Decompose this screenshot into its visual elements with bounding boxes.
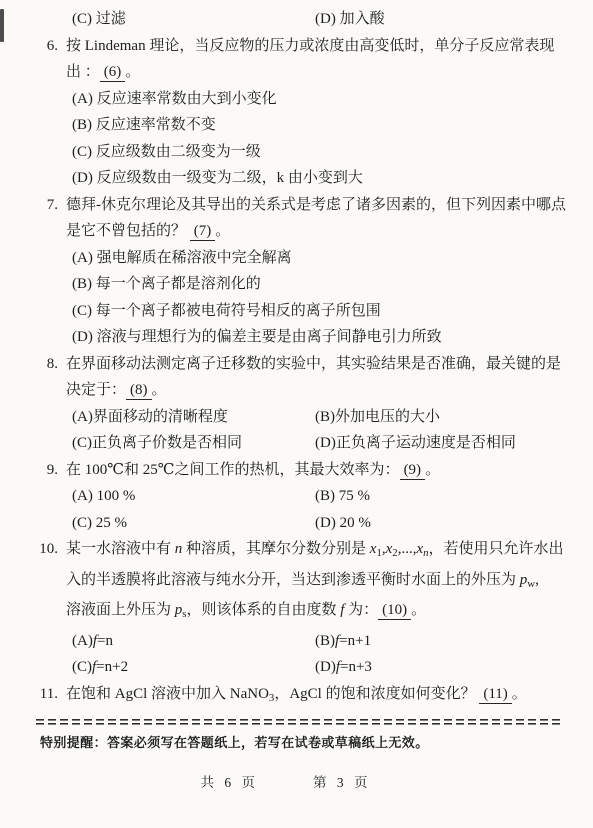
answer-blank: (8) bbox=[126, 382, 152, 400]
option: (B) 反应速率常数不变 bbox=[72, 112, 560, 139]
option: (A) 强电解质在稀溶液中完全解离 bbox=[72, 245, 560, 272]
option-label: (C) bbox=[72, 435, 92, 451]
text-segment: 。 bbox=[411, 602, 426, 618]
text-segment: ,..., bbox=[398, 541, 417, 557]
text-segment: 在界面移动法测定离子迁移数的实验中，其实验结果是否准确，最关键的是 bbox=[66, 356, 561, 372]
option-text: f=n bbox=[93, 633, 113, 649]
option: (B)外加电压的大小 bbox=[315, 404, 560, 431]
option: (D) 溶液与理想行为的偏差主要是由离子间静电引力所致 bbox=[72, 324, 560, 351]
option-label: (D) bbox=[72, 170, 97, 186]
option-label: (B) bbox=[72, 276, 96, 292]
option: (C) 25 % bbox=[72, 510, 315, 537]
text-segment: 决定于： bbox=[66, 382, 126, 398]
option-text: 100 % bbox=[97, 488, 136, 504]
question-number: 6. bbox=[36, 33, 58, 60]
text-segment: 在饱和 AgCl 溶液中加入 NaNO bbox=[66, 686, 269, 702]
option: (D) 反应级数由一级变为二级，k 由小变到大 bbox=[72, 165, 560, 192]
text-segment: 德拜-休克尔理论及其导出的关系式是考虑了诸多因素的，但下列因素中哪点 bbox=[66, 197, 566, 213]
option-text: 每一个离子都被电荷符号相反的离子所包围 bbox=[96, 303, 381, 319]
answer-blank: (9) bbox=[400, 462, 426, 480]
text-segment: 反应速率常数由大到小变化 bbox=[97, 91, 277, 107]
text-segment: 外加电压的大小 bbox=[335, 409, 440, 425]
option-text: 反应级数由二级变为一级 bbox=[96, 144, 261, 160]
option-text: 20 % bbox=[340, 515, 371, 531]
options-list: (A) 反应速率常数由大到小变化(B) 反应速率常数不变(C) 反应级数由二级变… bbox=[36, 86, 560, 192]
option-text: 反应级数由一级变为二级，k 由小变到大 bbox=[97, 170, 363, 186]
text-segment: 溶液与理想行为的偏差主要是由离子间静电引力所致 bbox=[97, 329, 442, 345]
text-segment: 。 bbox=[425, 462, 440, 478]
text-segment: 强电解质在稀溶液中完全解离 bbox=[97, 250, 292, 266]
option-text: 溶液与理想行为的偏差主要是由离子间静电引力所致 bbox=[97, 329, 442, 345]
option: (C) 过滤 bbox=[72, 6, 315, 33]
option: (A) 100 % bbox=[72, 483, 315, 510]
option: (A)界面移动的清晰程度 bbox=[72, 404, 315, 431]
question-line: 德拜-休克尔理论及其导出的关系式是考虑了诸多因素的，但下列因素中哪点 bbox=[66, 192, 560, 219]
question-line: 决定于：(8)。 bbox=[66, 377, 560, 404]
answer-blank: (11) bbox=[479, 686, 511, 704]
option-label: (C) bbox=[72, 659, 92, 675]
option-label: (A) bbox=[72, 488, 97, 504]
option-label: (B) bbox=[315, 488, 339, 504]
option-label: (B) bbox=[315, 633, 335, 649]
text-segment: ，若使用只允许水出 bbox=[429, 541, 564, 557]
option-label: (A) bbox=[72, 250, 97, 266]
question-line: 某一水溶液中有 n 种溶质，其摩尔分数分别是 x1,x2,...,xn，若使用只… bbox=[66, 536, 560, 567]
text-segment: ，则该体系的自由度数 bbox=[186, 602, 340, 618]
question: 8.在界面移动法测定离子迁移数的实验中，其实验结果是否准确，最关键的是决定于：(… bbox=[36, 351, 560, 404]
options-grid: (C) 过滤(D) 加入酸 bbox=[36, 6, 560, 33]
text-segment: 为： bbox=[344, 602, 378, 618]
text-segment: =n+2 bbox=[96, 659, 128, 675]
question-number: 8. bbox=[36, 351, 58, 378]
option-label: (D) bbox=[72, 329, 97, 345]
text-segment: 正负离子运动速度是否相同 bbox=[336, 435, 516, 451]
text-segment: 某一水溶液中有 bbox=[66, 541, 175, 557]
text-segment: 过滤 bbox=[96, 11, 126, 27]
question-number: 9. bbox=[36, 457, 58, 484]
option-text: 25 % bbox=[96, 515, 127, 531]
text-segment: 在 100℃和 25℃之间工作的热机，其最大效率为： bbox=[66, 462, 400, 478]
option-label: (A) bbox=[72, 91, 97, 107]
text-segment: 溶液面上外压为 bbox=[66, 602, 175, 618]
option-label: (A) bbox=[72, 409, 93, 425]
text-segment: 75 % bbox=[339, 488, 370, 504]
option-label: (D) bbox=[315, 435, 336, 451]
question: 7.德拜-休克尔理论及其导出的关系式是考虑了诸多因素的，但下列因素中哪点是它不曾… bbox=[36, 192, 560, 245]
option: (D) 20 % bbox=[315, 510, 560, 537]
question: 6.按 Lindeman 理论，当反应物的压力或浓度由高变低时，单分子反应常表现… bbox=[36, 33, 560, 86]
question-number: 10. bbox=[36, 536, 58, 563]
option: (D)正负离子运动速度是否相同 bbox=[315, 430, 560, 457]
option: (D)f=n+3 bbox=[315, 654, 560, 681]
text-segment: w bbox=[527, 578, 535, 590]
option: (C)f=n+2 bbox=[72, 654, 315, 681]
option-text: 75 % bbox=[339, 488, 370, 504]
total-pages: 共 6 页 bbox=[201, 771, 256, 791]
text-segment: 。 bbox=[125, 64, 140, 80]
question: 9.在 100℃和 25℃之间工作的热机，其最大效率为：(9)。 bbox=[36, 457, 560, 484]
question-line: 入的半透膜将此溶液与纯水分开，当达到渗透平衡时水面上的外压为 pw, bbox=[66, 567, 560, 598]
option: (C) 每一个离子都被电荷符号相反的离子所包围 bbox=[72, 298, 560, 325]
options-grid: (A)界面移动的清晰程度(B)外加电压的大小(C)正负离子价数是否相同(D)正负… bbox=[36, 404, 560, 457]
text-segment: 加入酸 bbox=[340, 11, 385, 27]
options-grid: (A)f=n(B)f=n+1(C)f=n+2(D)f=n+3 bbox=[36, 628, 560, 681]
options-grid: (A) 100 %(B) 75 %(C) 25 %(D) 20 % bbox=[36, 483, 560, 536]
question-number: 7. bbox=[36, 192, 58, 219]
option: (A)f=n bbox=[72, 628, 315, 655]
text-segment: 。 bbox=[215, 223, 230, 239]
text-segment: =n+1 bbox=[339, 633, 371, 649]
text-segment: 界面移动的清晰程度 bbox=[93, 409, 228, 425]
text-segment: 。 bbox=[512, 686, 527, 702]
option-text: 外加电压的大小 bbox=[335, 409, 440, 425]
text-segment: 20 % bbox=[340, 515, 371, 531]
option: (A) 反应速率常数由大到小变化 bbox=[72, 86, 560, 113]
text-segment: 正负离子价数是否相同 bbox=[92, 435, 242, 451]
text-segment: 入的半透膜将此溶液与纯水分开，当达到渗透平衡时水面上的外压为 bbox=[66, 572, 520, 588]
text-segment: , bbox=[535, 572, 539, 588]
option: (D) 加入酸 bbox=[315, 6, 560, 33]
option-label: (C) bbox=[72, 11, 96, 27]
option: (B)f=n+1 bbox=[315, 628, 560, 655]
question-number: 11. bbox=[36, 681, 58, 708]
answer-blank: (6) bbox=[100, 64, 126, 82]
current-page: 第 3 页 bbox=[313, 771, 368, 791]
question-line: 在饱和 AgCl 溶液中加入 NaNO3，AgCl 的饱和浓度如何变化？ (11… bbox=[66, 681, 560, 712]
option-text: 过滤 bbox=[96, 11, 126, 27]
question: 11.在饱和 AgCl 溶液中加入 NaNO3，AgCl 的饱和浓度如何变化？ … bbox=[36, 681, 560, 712]
text-segment: 是它不曾包括的？ bbox=[66, 223, 190, 239]
special-notice: 特别提醒：答案必须写在答题纸上，若写在试卷或草稿纸上无效。 bbox=[36, 733, 560, 753]
dashed-divider bbox=[36, 719, 560, 725]
option-text: 反应速率常数不变 bbox=[96, 117, 216, 133]
text-segment: 种溶质，其摩尔分数分别是 bbox=[182, 541, 370, 557]
page-body: (C) 过滤(D) 加入酸6.按 Lindeman 理论，当反应物的压力或浓度由… bbox=[0, 0, 593, 791]
text-segment: 25 % bbox=[96, 515, 127, 531]
option: (C)正负离子价数是否相同 bbox=[72, 430, 315, 457]
text-segment: 出 ： bbox=[66, 64, 100, 80]
question-line: 在界面移动法测定离子迁移数的实验中，其实验结果是否准确，最关键的是 bbox=[66, 351, 560, 378]
option-label: (C) bbox=[72, 303, 96, 319]
text-segment: =n+3 bbox=[340, 659, 372, 675]
option-text: 界面移动的清晰程度 bbox=[93, 409, 228, 425]
text-segment: 100 % bbox=[97, 488, 136, 504]
option-text: 每一个离子都是溶剂化的 bbox=[96, 276, 261, 292]
option: (B) 每一个离子都是溶剂化的 bbox=[72, 271, 560, 298]
question-list: (C) 过滤(D) 加入酸6.按 Lindeman 理论，当反应物的压力或浓度由… bbox=[36, 6, 560, 711]
question-line: 在 100℃和 25℃之间工作的热机，其最大效率为：(9)。 bbox=[66, 457, 560, 484]
text-segment: 。 bbox=[152, 382, 167, 398]
exam-page: (C) 过滤(D) 加入酸6.按 Lindeman 理论，当反应物的压力或浓度由… bbox=[0, 0, 593, 828]
option-label: (D) bbox=[315, 659, 336, 675]
question: 10.某一水溶液中有 n 种溶质，其摩尔分数分别是 x1,x2,...,xn，若… bbox=[36, 536, 560, 628]
option-text: f=n+3 bbox=[336, 659, 372, 675]
option: (B) 75 % bbox=[315, 483, 560, 510]
answer-blank: (7) bbox=[190, 223, 216, 241]
option-text: 正负离子运动速度是否相同 bbox=[336, 435, 516, 451]
text-segment: 反应级数由二级变为一级 bbox=[96, 144, 261, 160]
option-text: 反应速率常数由大到小变化 bbox=[97, 91, 277, 107]
option-label: (C) bbox=[72, 515, 96, 531]
question-line: 出 ：(6)。 bbox=[66, 59, 560, 86]
options-list: (A) 强电解质在稀溶液中完全解离(B) 每一个离子都是溶剂化的(C) 每一个离… bbox=[36, 245, 560, 351]
text-segment: 每一个离子都被电荷符号相反的离子所包围 bbox=[96, 303, 381, 319]
option-label: (B) bbox=[72, 117, 96, 133]
question-line: 是它不曾包括的？ (7)。 bbox=[66, 218, 560, 245]
question-line: 溶液面上外压为 ps，则该体系的自由度数 f 为：(10)。 bbox=[66, 597, 560, 628]
option-label: (D) bbox=[315, 515, 340, 531]
option-label: (D) bbox=[315, 11, 340, 27]
text-segment: ，AgCl 的饱和浓度如何变化？ bbox=[274, 686, 479, 702]
option-text: f=n+1 bbox=[335, 633, 371, 649]
option-text: f=n+2 bbox=[92, 659, 128, 675]
option-text: 强电解质在稀溶液中完全解离 bbox=[97, 250, 292, 266]
text-segment: 每一个离子都是溶剂化的 bbox=[96, 276, 261, 292]
text-segment: 按 Lindeman 理论，当反应物的压力或浓度由高变低时，单分子反应常表现 bbox=[66, 38, 554, 54]
text-segment: =n bbox=[97, 633, 113, 649]
option-text: 加入酸 bbox=[340, 11, 385, 27]
answer-blank: (10) bbox=[378, 602, 411, 620]
text-segment: 反应速率常数不变 bbox=[96, 117, 216, 133]
option-label: (B) bbox=[315, 409, 335, 425]
page-footer: 共 6 页 第 3 页 bbox=[22, 771, 546, 791]
option: (C) 反应级数由二级变为一级 bbox=[72, 139, 560, 166]
text-segment: 反应级数由一级变为二级，k 由小变到大 bbox=[97, 170, 363, 186]
option-text: 正负离子价数是否相同 bbox=[92, 435, 242, 451]
option-label: (A) bbox=[72, 633, 93, 649]
scan-artifact bbox=[0, 9, 4, 42]
question-line: 按 Lindeman 理论，当反应物的压力或浓度由高变低时，单分子反应常表现 bbox=[66, 33, 560, 60]
option-label: (C) bbox=[72, 144, 96, 160]
